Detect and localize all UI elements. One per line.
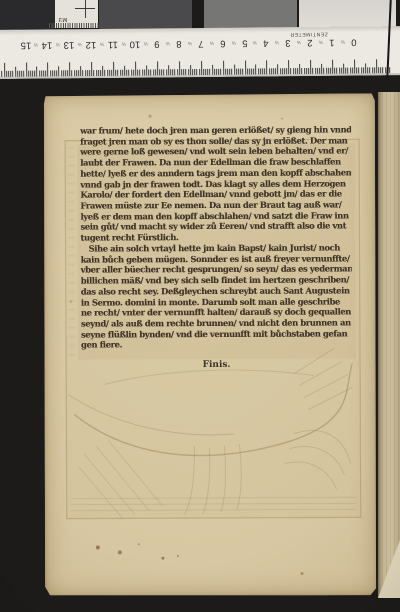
ruler-tick xyxy=(80,66,81,76)
ruler-tick xyxy=(15,67,16,77)
ruler-tick xyxy=(133,70,134,76)
calibration-patch-dark-gray xyxy=(99,0,192,31)
ruler-tick xyxy=(207,69,208,75)
ruler-tick xyxy=(212,65,213,75)
text-line: sein gůt/ vnd macht sy wider zů Eeren/ v… xyxy=(80,221,351,233)
ruler-tick xyxy=(137,70,138,76)
ruler-tick xyxy=(302,68,303,74)
ruler-tick xyxy=(65,70,66,76)
ruler-tick xyxy=(148,69,149,75)
ruler-tick xyxy=(317,68,318,74)
text-line: Sihe ain solch vrtayl hette jm kain Baps… xyxy=(81,242,352,254)
ruler-tick xyxy=(190,65,191,75)
ruler-tick xyxy=(124,66,125,76)
ruler-tick xyxy=(76,70,77,76)
ruler-tick xyxy=(87,70,88,76)
ruler-tick xyxy=(210,69,211,75)
ruler-tick xyxy=(67,70,68,76)
ruler-tick xyxy=(122,70,123,76)
ruler-tick xyxy=(177,69,178,75)
ruler-tick xyxy=(339,68,340,74)
ruler-tick xyxy=(218,69,219,75)
calibration-patch-mid-gray xyxy=(204,0,297,30)
ruler-tick xyxy=(297,68,298,74)
ruler-tick xyxy=(334,68,335,74)
ruler-tick xyxy=(113,62,114,76)
text-line: seynd/ als auß dem rechte brunnen/ vnd n… xyxy=(81,317,352,329)
ruler-tick xyxy=(253,68,254,74)
ruler-tick xyxy=(181,69,182,75)
ruler-tick xyxy=(19,71,20,77)
ruler-tick xyxy=(319,68,320,74)
ruler-tick xyxy=(58,66,59,76)
ruler-tick xyxy=(142,70,143,76)
ruler-tick xyxy=(150,69,151,75)
ruler-tick xyxy=(264,68,265,74)
ruler-tick xyxy=(323,68,324,74)
ruler-tick xyxy=(330,68,331,74)
ruler-tick xyxy=(34,71,35,77)
ruler-tick xyxy=(234,65,235,75)
ruler-tick xyxy=(186,69,187,75)
calibration-patch-light-gray xyxy=(299,0,396,29)
ruler-tick xyxy=(356,67,357,73)
ruler-tick xyxy=(28,71,29,77)
ruler-tick xyxy=(129,70,130,76)
ruler-tick xyxy=(271,68,272,74)
ruler-tick xyxy=(140,70,141,76)
ruler-tick xyxy=(372,67,373,73)
ruler-tick xyxy=(85,70,86,76)
ruler-tick xyxy=(306,68,307,74)
ruler-tick xyxy=(192,69,193,75)
ruler-tick xyxy=(155,69,156,75)
ruler: ZENTIMETER 15½14½13½12½11½10½9½8½7½6½5½4… xyxy=(0,26,400,79)
ruler-tick xyxy=(345,68,346,74)
ruler-tick xyxy=(107,70,108,76)
ruler-tick xyxy=(175,69,176,75)
ruler-tick xyxy=(89,70,90,76)
ruler-tick xyxy=(337,68,338,74)
ruler-tick xyxy=(326,68,327,74)
ruler-tick xyxy=(240,69,241,75)
ruler-tick xyxy=(61,70,62,76)
ruler-tick xyxy=(282,68,283,74)
ruler-tick xyxy=(247,69,248,75)
calibration-target: M3 xyxy=(55,0,98,28)
ruler-tick xyxy=(131,70,132,76)
ruler-tick xyxy=(376,59,377,73)
ruler-tick xyxy=(69,62,70,76)
ruler-tick xyxy=(115,70,116,76)
ruler-tick xyxy=(96,70,97,76)
ruler-tick xyxy=(249,69,250,75)
book-page: war frum/ hete doch jren man geren erlöß… xyxy=(43,93,377,596)
ruler-tick xyxy=(328,68,329,74)
ruler-tick xyxy=(258,68,259,74)
ruler-tick xyxy=(242,69,243,75)
ruler-tick xyxy=(383,67,384,73)
ruler-tick xyxy=(41,71,42,77)
ruler-tick xyxy=(223,61,224,75)
ruler-tick xyxy=(389,67,390,73)
paper-grain xyxy=(378,92,400,598)
ruler-tick xyxy=(104,70,105,76)
ruler-tick xyxy=(295,68,296,74)
ruler-tick xyxy=(83,70,84,76)
ruler-tick xyxy=(4,63,5,77)
ruler-tick xyxy=(120,70,121,76)
ruler-tick xyxy=(315,68,316,74)
ruler-tick xyxy=(74,70,75,76)
ruler-tick xyxy=(39,71,40,77)
ruler-tick xyxy=(313,68,314,74)
crosshair-icon xyxy=(85,0,86,18)
ruler-tick xyxy=(194,69,195,75)
ruler-tick xyxy=(47,62,48,76)
ruler-tick xyxy=(236,69,237,75)
ruler-tick xyxy=(260,68,261,74)
ruler-tick xyxy=(26,63,27,77)
ruler-tick xyxy=(277,64,278,74)
paper-speckles xyxy=(43,95,45,97)
ruler-tick xyxy=(37,67,38,77)
ruler-tick xyxy=(164,69,165,75)
ruler-tick xyxy=(245,61,246,75)
ruler-tick xyxy=(205,69,206,75)
ruler-tick xyxy=(126,70,127,76)
ruler-tick xyxy=(225,69,226,75)
ruler-tick xyxy=(56,70,57,76)
ruler-tick xyxy=(52,70,53,76)
ruler-tick xyxy=(369,67,370,73)
ruler-tick xyxy=(380,67,381,73)
ruler-tick xyxy=(299,64,300,74)
ruler-tick xyxy=(94,70,95,76)
ruler-tick xyxy=(146,66,147,76)
ruler-tick xyxy=(23,71,24,77)
next-page-edge xyxy=(378,92,400,598)
ruler-tick xyxy=(135,62,136,76)
text-line: das also recht sey. Deßgleychen schreybt… xyxy=(81,285,352,297)
ruler-tick xyxy=(363,67,364,73)
ruler-tick xyxy=(10,71,11,77)
ruler-tick xyxy=(365,63,366,73)
ruler-tick xyxy=(341,68,342,74)
ruler-tick xyxy=(293,68,294,74)
ruler-tick xyxy=(275,68,276,74)
ruler-tick xyxy=(102,66,103,76)
ruler-tick xyxy=(221,69,222,75)
ruler-tick xyxy=(100,70,101,76)
finis-label: Finis. xyxy=(81,359,352,370)
ruler-tick xyxy=(2,71,3,77)
ruler-tick xyxy=(91,62,92,76)
ruler-tick xyxy=(269,68,270,74)
ruler-tick xyxy=(291,68,292,74)
ruler-tick xyxy=(280,68,281,74)
ruler-tick xyxy=(13,71,14,77)
ruler-tick xyxy=(78,70,79,76)
ruler-tick xyxy=(32,71,33,77)
ruler-tick xyxy=(286,68,287,74)
ruler-tick xyxy=(157,61,158,75)
text-line: gen fiere. xyxy=(81,339,352,351)
ruler-tick xyxy=(63,70,64,76)
ruler-tick xyxy=(153,69,154,75)
ruler-tick xyxy=(352,68,353,74)
text-line: hette/ lyeß er des anndern tags jrem man… xyxy=(80,167,351,179)
ruler-tick xyxy=(170,69,171,75)
ruler-tick xyxy=(144,70,145,76)
digitization-photo: M3 ZENTIMETER 15½14½13½12½11½10½9½8½7½6½… xyxy=(0,0,400,612)
ruler-tick xyxy=(354,60,355,74)
ruler-tick xyxy=(30,71,31,77)
ruler-tick xyxy=(183,69,184,75)
ruler-tick xyxy=(17,71,18,77)
text-line: Frawen müste zur Ee nemen. Da nun der Br… xyxy=(80,199,351,211)
ruler-tick xyxy=(343,64,344,74)
ruler-tick xyxy=(166,69,167,75)
ruler-tick xyxy=(308,68,309,74)
ruler-tick xyxy=(43,70,44,76)
calibration-patch-black xyxy=(0,0,55,30)
ruler-tick xyxy=(288,60,289,74)
ruler-tick xyxy=(118,70,119,76)
ruler-tick xyxy=(251,68,252,74)
ruler-tick xyxy=(21,71,22,77)
text-block: war frum/ hete doch jren man geren erlöß… xyxy=(80,124,352,350)
ruler-tick xyxy=(350,68,351,74)
ruler-tick xyxy=(45,70,46,76)
ruler-tick xyxy=(72,70,73,76)
ruler-number: 6 xyxy=(213,38,231,49)
ruler-tick xyxy=(50,70,51,76)
ruler-tick xyxy=(367,67,368,73)
ruler-tick xyxy=(359,67,360,73)
ruler-tick xyxy=(188,69,189,75)
ruler-tick xyxy=(214,69,215,75)
ruler-tick xyxy=(159,69,160,75)
ruler-tick xyxy=(161,69,162,75)
ruler-tick xyxy=(229,69,230,75)
ruler-tick xyxy=(216,69,217,75)
ruler-tick xyxy=(361,67,362,73)
ruler-tick xyxy=(111,70,112,76)
ruler-tick xyxy=(227,69,228,75)
ruler-tick xyxy=(172,69,173,75)
ruler-tick xyxy=(168,65,169,75)
ruler-tick xyxy=(238,69,239,75)
ruler-tick xyxy=(8,71,9,77)
ruler-tick xyxy=(332,60,333,74)
ruler-tick xyxy=(232,69,233,75)
ruler-tick xyxy=(98,70,99,76)
text-line: war frum/ hete doch jren man geren erlöß… xyxy=(80,124,351,136)
ruler-tick xyxy=(201,61,202,75)
ruler-tick xyxy=(348,68,349,74)
target-label: M3 xyxy=(58,16,67,22)
ruler-tick xyxy=(304,68,305,74)
ruler-tick xyxy=(262,68,263,74)
ruler-tick xyxy=(256,64,257,74)
ruler-tick xyxy=(321,64,322,74)
ruler-tick xyxy=(273,68,274,74)
ruler-tick xyxy=(378,67,379,73)
ruler-tick xyxy=(6,71,7,77)
ruler-tick xyxy=(196,69,197,75)
text-line: seyne flüßlin bynden/ vnd die vernunfft … xyxy=(81,328,352,340)
ruler-tick xyxy=(284,68,285,74)
ruler-tick xyxy=(374,67,375,73)
ruler-tick xyxy=(199,69,200,75)
ruler-tick xyxy=(109,70,110,76)
ruler-tick xyxy=(179,61,180,75)
ruler-number: 0 xyxy=(345,36,363,47)
ruler-tick xyxy=(54,70,55,76)
ruler-tick xyxy=(310,60,311,74)
ruler-tick xyxy=(266,60,267,74)
ruler-tick xyxy=(203,69,204,75)
